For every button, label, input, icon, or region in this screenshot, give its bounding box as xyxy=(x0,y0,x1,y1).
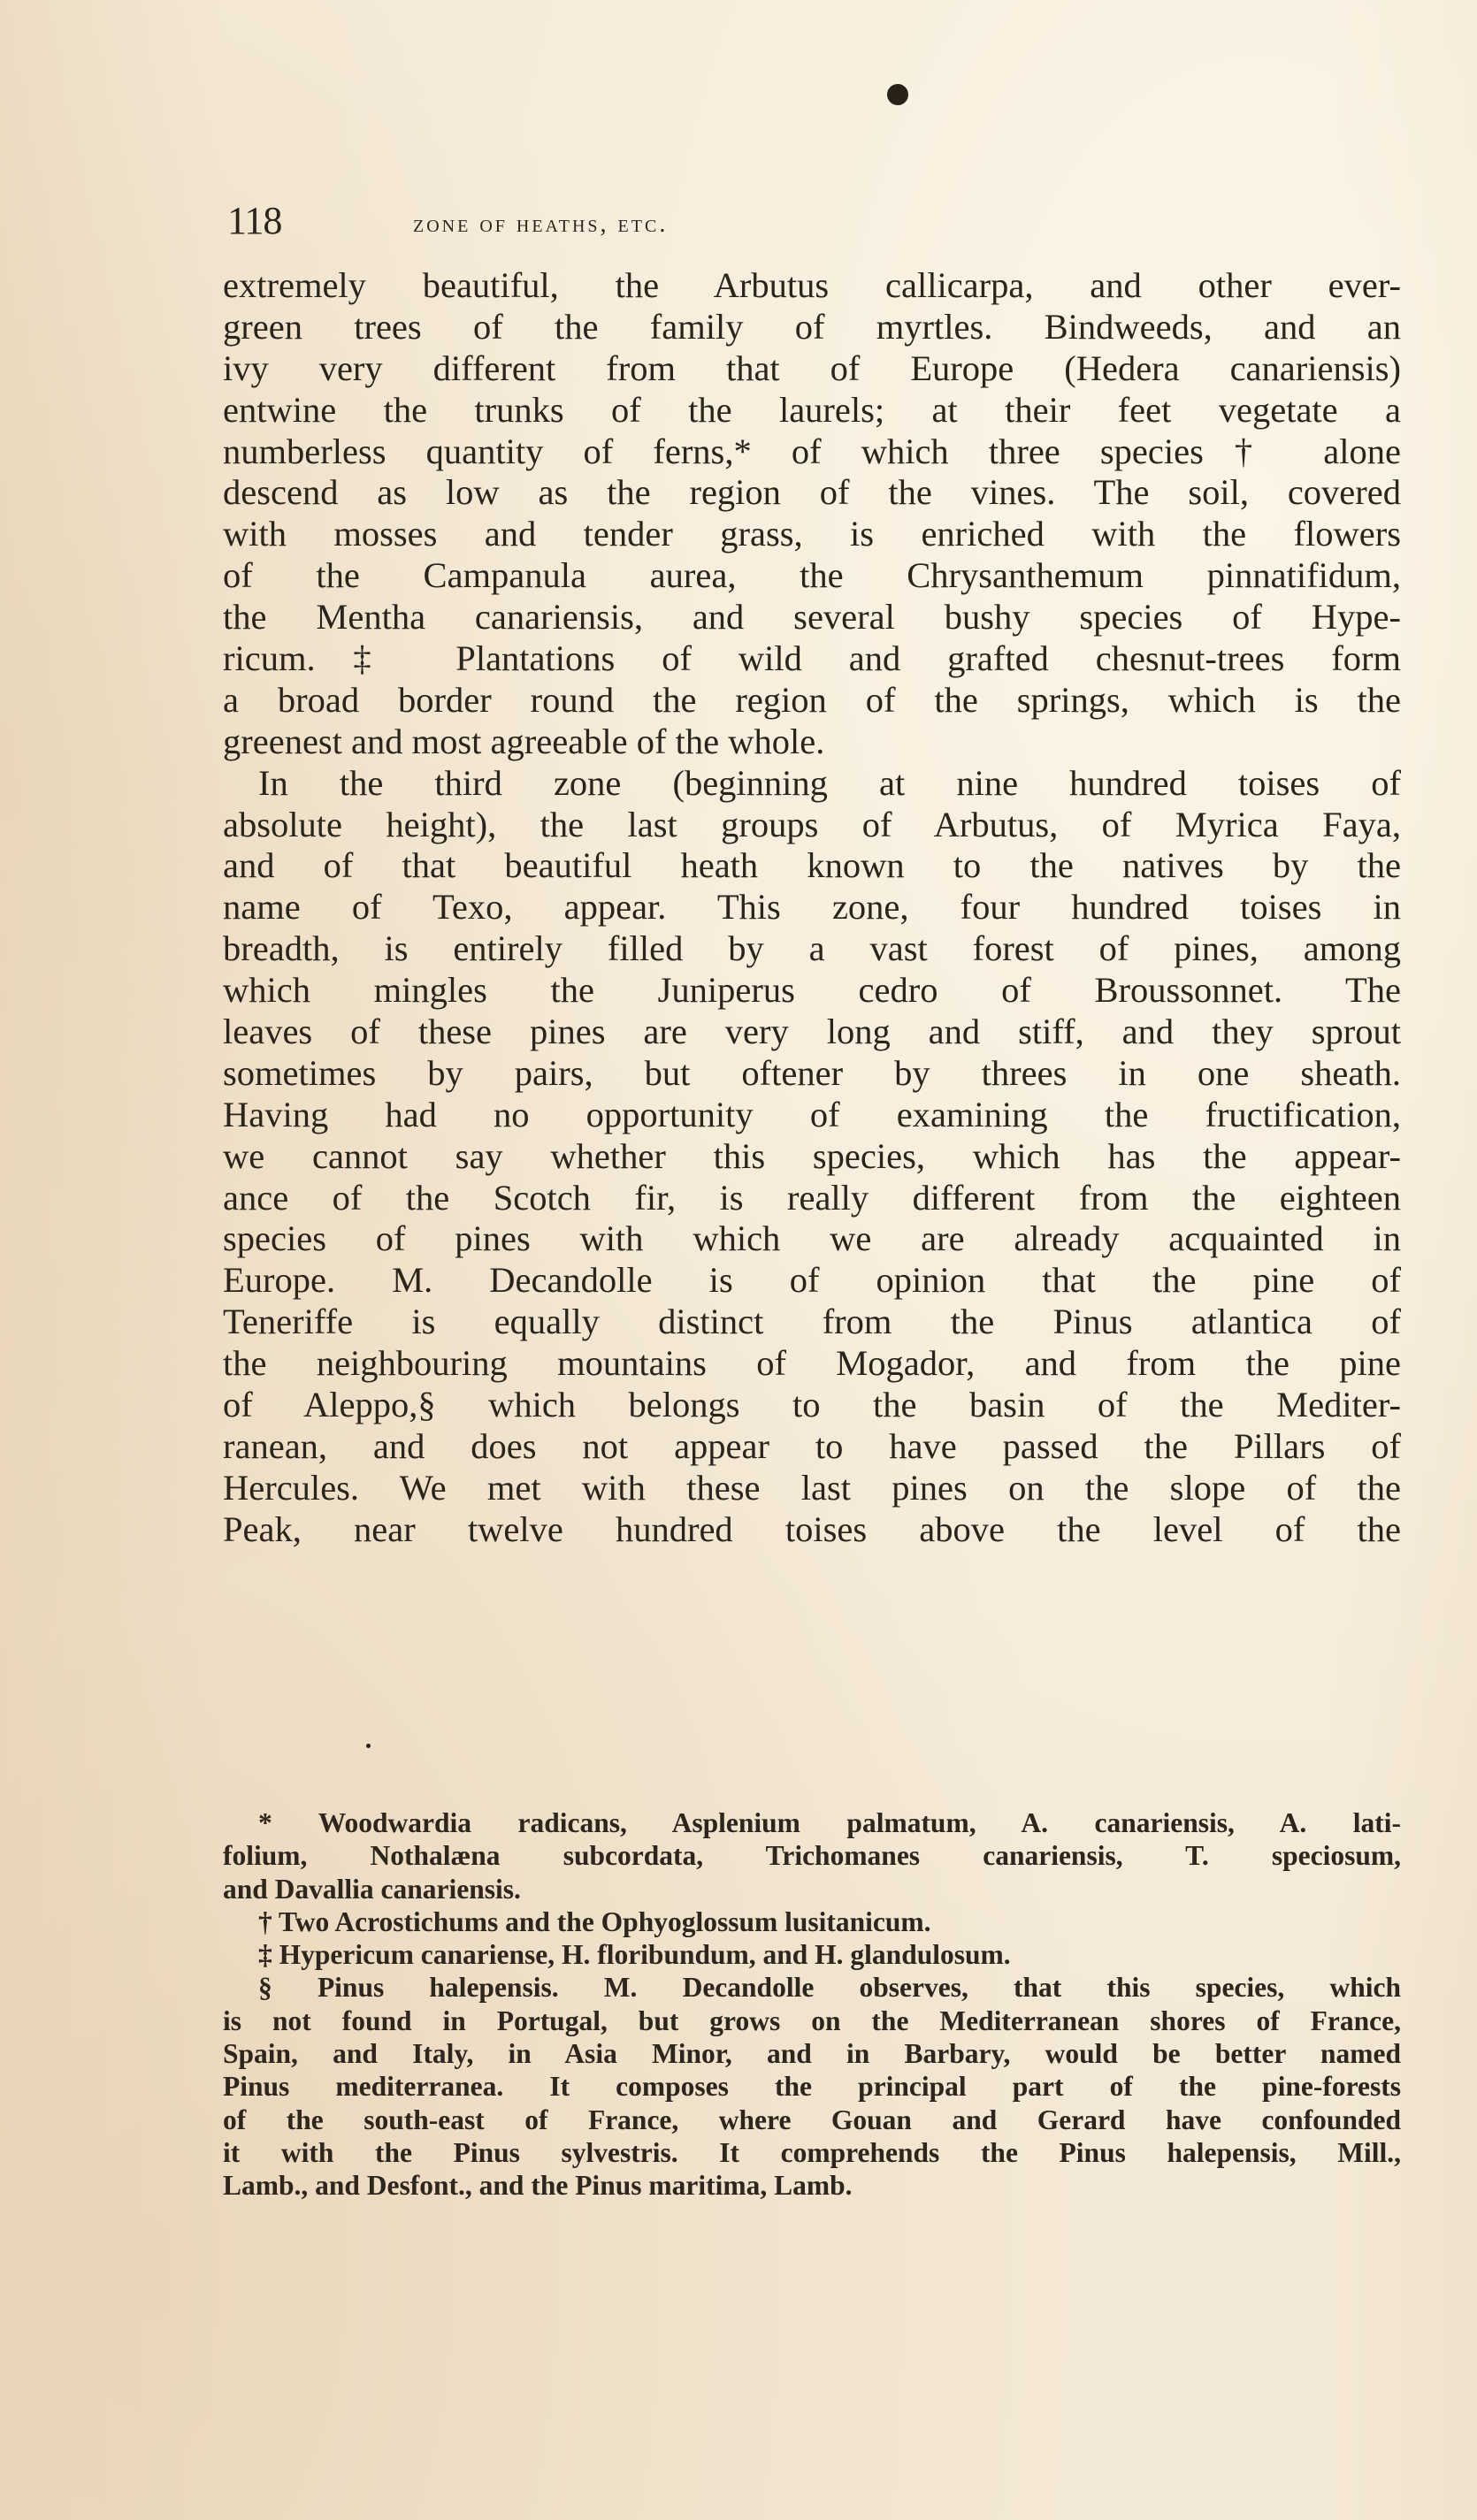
footnote-double-dagger: ‡ Hypericum canariense, H. floribundum, … xyxy=(223,1938,1401,1971)
paragraph-start-line: In the third zone (beginning at nine hun… xyxy=(223,763,1401,805)
body-line: green trees of the family of myrtles. Bi… xyxy=(223,307,1401,348)
footnote-line: and Davallia canariensis. xyxy=(223,1873,1401,1905)
body-line: name of Texo, appear. This zone, four hu… xyxy=(223,887,1401,928)
body-line: ricum.‡ Plantations of wild and grafted … xyxy=(223,638,1401,680)
body-line: numberless quantity of ferns,* of which … xyxy=(223,431,1401,473)
footnote-asterisk: * Woodwardia radicans, Asplenium palmatu… xyxy=(223,1806,1401,1839)
body-line: a broad border round the region of the s… xyxy=(223,680,1401,722)
footnote-dagger: † Two Acrostichums and the Ophyoglossum … xyxy=(223,1905,1401,1938)
body-line: ance of the Scotch fir, is really differ… xyxy=(223,1178,1401,1219)
footnote-line: is not found in Portugal, but grows on t… xyxy=(223,2005,1401,2037)
footnote-line: of the south-east of France, where Gouan… xyxy=(223,2104,1401,2136)
body-line: Peak, near twelve hundred toises above t… xyxy=(223,1509,1401,1551)
body-line: we cannot say whether this species, whic… xyxy=(223,1136,1401,1178)
body-line: extremely beautiful, the Arbutus callica… xyxy=(223,265,1401,307)
ink-speck xyxy=(366,1744,371,1748)
body-line: and of that beautiful heath known to the… xyxy=(223,845,1401,887)
body-line: descend as low as the region of the vine… xyxy=(223,472,1401,514)
ink-speck xyxy=(887,84,908,105)
body-line: breadth, is entirely filled by a vast fo… xyxy=(223,928,1401,970)
body-line: greenest and most agreeable of the whole… xyxy=(223,722,1401,763)
body-line: leaves of these pines are very long and … xyxy=(223,1012,1401,1053)
body-text: extremely beautiful, the Arbutus callica… xyxy=(223,265,1401,1551)
footnotes: * Woodwardia radicans, Asplenium palmatu… xyxy=(223,1806,1401,2203)
body-line: of Aleppo,§ which belongs to the basin o… xyxy=(223,1385,1401,1426)
body-line: Hercules. We met with these last pines o… xyxy=(223,1468,1401,1509)
body-line: the neighbouring mountains of Mogador, a… xyxy=(223,1343,1401,1385)
footnote-section: § Pinus halepensis. M. Decandolle observ… xyxy=(223,1971,1401,2004)
body-line: absolute height), the last groups of Arb… xyxy=(223,805,1401,846)
body-line: of the Campanula aurea, the Chrysanthemu… xyxy=(223,555,1401,597)
body-line: with mosses and tender grass, is enriche… xyxy=(223,514,1401,555)
body-line: Europe. M. Decandolle is of opinion that… xyxy=(223,1260,1401,1302)
running-head: ZONE OF HEATHS, ETC. xyxy=(413,209,668,241)
body-line: species of pines with which we are alrea… xyxy=(223,1218,1401,1260)
footnote-line: Spain, and Italy, in Asia Minor, and in … xyxy=(223,2037,1401,2070)
body-line: entwine the trunks of the laurels; at th… xyxy=(223,390,1401,431)
footnote-line: Pinus mediterranea. It composes the prin… xyxy=(223,2070,1401,2103)
footnote-line: folium, Nothalæna subcordata, Trichomane… xyxy=(223,1839,1401,1872)
body-line: Teneriffe is equally distinct from the P… xyxy=(223,1302,1401,1343)
body-line: ivy very different from that of Europe (… xyxy=(223,348,1401,390)
body-line: which mingles the Juniperus cedro of Bro… xyxy=(223,970,1401,1012)
page-number: 118 xyxy=(227,200,281,242)
page-header: 118 ZONE OF HEATHS, ETC. xyxy=(227,200,1404,244)
footnote-line: Lamb., and Desfont., and the Pinus marit… xyxy=(223,2169,1401,2202)
body-line: the Mentha canariensis, and several bush… xyxy=(223,597,1401,638)
body-line: Having had no opportunity of examining t… xyxy=(223,1095,1401,1136)
body-line: ranean, and does not appear to have pass… xyxy=(223,1426,1401,1468)
footnote-line: it with the Pinus sylvestris. It compreh… xyxy=(223,2136,1401,2169)
body-line: sometimes by pairs, but oftener by three… xyxy=(223,1053,1401,1095)
